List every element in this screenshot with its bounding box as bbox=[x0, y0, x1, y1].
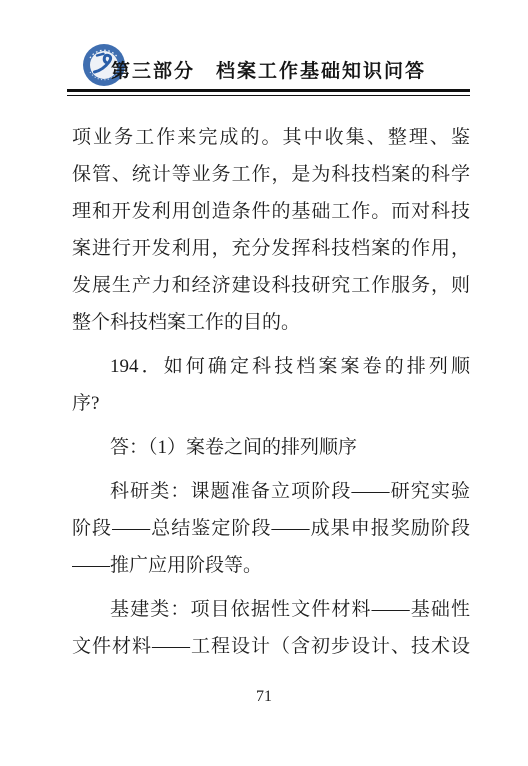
text-line: 项业务工作来完成的。其中收集、整理、鉴定、 bbox=[72, 119, 470, 156]
page-number: 71 bbox=[0, 688, 528, 706]
paragraph: 基建类：项目依据性文件材料——基础性文件材料——工程设计（含初步设计、技术设 bbox=[72, 591, 470, 665]
section-header-title: 第三部分 档案工作基础知识问答 bbox=[67, 56, 470, 83]
text-line: 答：（1）案卷之间的排列顺序 bbox=[72, 429, 470, 466]
text-line: 文件材料——工程设计（含初步设计、技术设 bbox=[72, 628, 470, 665]
text-line: 科研类：课题准备立项阶段——研究实验 bbox=[72, 473, 470, 510]
text-line: 案进行开发利用，充分发挥科技档案的作用，为 bbox=[72, 230, 470, 267]
text-line: 整个科技档案工作的目的。 bbox=[72, 304, 470, 341]
text-line: 序? bbox=[72, 385, 470, 422]
paragraph: 项业务工作来完成的。其中收集、整理、鉴定、保管、统计等业务工作，是为科技档案的科… bbox=[72, 119, 470, 341]
text-line: ——推广应用阶段等。 bbox=[72, 547, 470, 584]
document-page: 第三部分 档案工作基础知识问答 项业务工作来完成的。其中收集、整理、鉴定、保管、… bbox=[0, 0, 528, 766]
text-line: 发展生产力和经济建设科技研究工作服务，则是 bbox=[72, 267, 470, 304]
paragraph: 答：（1）案卷之间的排列顺序 bbox=[72, 429, 470, 466]
text-line: 基建类：项目依据性文件材料——基础性 bbox=[72, 591, 470, 628]
text-line: 保管、统计等业务工作，是为科技档案的科学管 bbox=[72, 156, 470, 193]
text-line: 194．如何确定科技档案案卷的排列顺 bbox=[72, 348, 470, 385]
text-line: 理和开发利用创造条件的基础工作。而对科技档 bbox=[72, 193, 470, 230]
paragraph: 194．如何确定科技档案案卷的排列顺序? bbox=[72, 348, 470, 422]
paragraph: 科研类：课题准备立项阶段——研究实验阶段——总结鉴定阶段——成果申报奖励阶段——… bbox=[72, 473, 470, 584]
header-divider bbox=[67, 89, 470, 96]
text-line: 阶段——总结鉴定阶段——成果申报奖励阶段 bbox=[72, 510, 470, 547]
document-body: 项业务工作来完成的。其中收集、整理、鉴定、保管、统计等业务工作，是为科技档案的科… bbox=[72, 119, 470, 665]
